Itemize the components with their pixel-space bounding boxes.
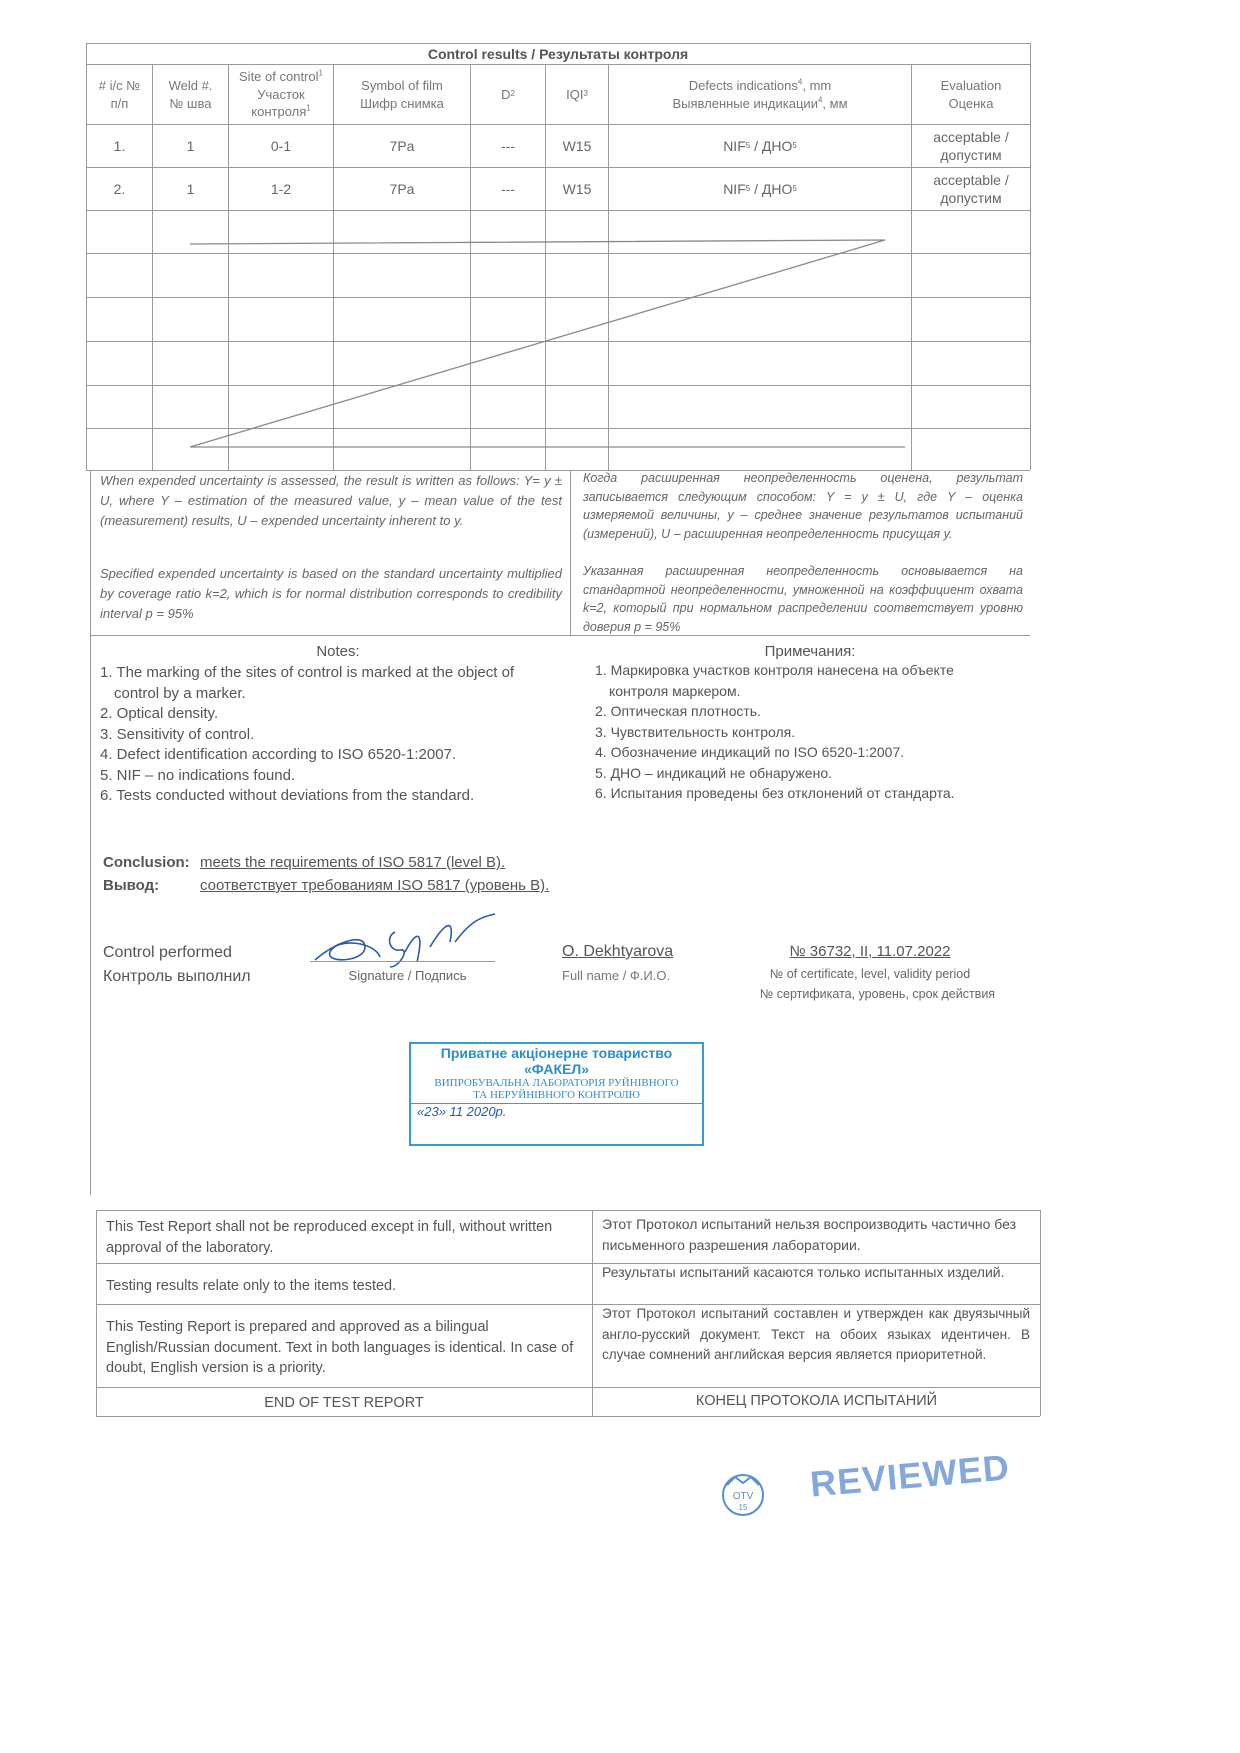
- note-item: 3. Чувствительность контроля.: [595, 722, 1015, 743]
- stamp-company-name: «ФАКЕЛ»: [411, 1061, 702, 1077]
- note-item: 5. ДНО – индикаций не обнаружено.: [595, 763, 1015, 784]
- note-item: 1. The marking of the sites of control i…: [100, 663, 540, 704]
- empty-rows-strike-mark: [0, 0, 1240, 480]
- note-item: 2. Оптическая плотность.: [595, 701, 1015, 722]
- conclusion-value-ru: соответствует требованиям ISO 5817 (уров…: [200, 877, 549, 894]
- conclusion-label: Conclusion:: [103, 854, 190, 871]
- conclusion-value: meets the requirements of ISO 5817 (leve…: [200, 854, 505, 871]
- stamp-date: «23» 11 2020р.: [411, 1104, 702, 1119]
- footer-en-3: This Testing Report is prepared and appr…: [106, 1317, 581, 1379]
- signature-caption: Signature / Подпись: [310, 968, 505, 983]
- footer-en-2: Testing results relate only to the items…: [106, 1275, 576, 1297]
- note-item: 5. NIF – no indications found.: [100, 766, 540, 787]
- inspector-name: O. Dekhtyarova: [562, 943, 673, 961]
- otv-logo-icon: OTV 15: [715, 1465, 775, 1525]
- end-of-report-en: END OF TEST REPORT: [96, 1392, 592, 1414]
- svg-text:OTV: OTV: [733, 1491, 754, 1502]
- certificate-caption-en: № of certificate, level, validity period: [740, 967, 1000, 981]
- laboratory-stamp: Приватне акціонерне товариство «ФАКЕЛ» В…: [409, 1042, 704, 1146]
- note-item: 4. Defect identification according to IS…: [100, 745, 540, 766]
- notes-title-en: Notes:: [100, 640, 576, 663]
- uncertainty-ru-1: Когда расширенная неопределенность оцене…: [583, 469, 1023, 543]
- stamp-lab-name: ВИПРОБУВАЛЬНА ЛАБОРАТОРІЯ РУЙНІВНОГО: [411, 1077, 702, 1089]
- stamp-company-type: Приватне акціонерне товариство: [411, 1045, 702, 1061]
- notes-list-ru: 1. Маркировка участков контроля нанесена…: [595, 660, 1015, 804]
- note-item: 4. Обозначение индикаций по ISO 6520-1:2…: [595, 742, 1015, 763]
- uncertainty-en-2: Specified expended uncertainty is based …: [100, 564, 562, 624]
- conclusion-label-ru: Вывод:: [103, 877, 159, 894]
- certificate-caption-ru: № сертификата, уровень, срок действия: [740, 987, 1015, 1001]
- certificate-number: № 36732, II, 11.07.2022: [740, 943, 1000, 960]
- uncertainty-en-1: When expended uncertainty is assessed, t…: [100, 471, 562, 531]
- name-caption: Full name / Ф.И.О.: [562, 968, 670, 983]
- footer-ru-3: Этот Протокол испытаний составлен и утве…: [602, 1304, 1030, 1366]
- svg-text:15: 15: [739, 1503, 748, 1512]
- control-label-en: Control performed: [103, 944, 232, 962]
- note-item: 6. Tests conducted without deviations fr…: [100, 786, 540, 807]
- reviewed-text: REVIEWED: [809, 1446, 1012, 1505]
- footer-ru-1: Этот Протокол испытаний нельзя воспроизв…: [602, 1214, 1030, 1256]
- notes-list-en: 1. The marking of the sites of control i…: [100, 663, 540, 807]
- note-item: 3. Sensitivity of control.: [100, 725, 540, 746]
- uncertainty-ru-2: Указанная расширенная неопределенность о…: [583, 562, 1023, 636]
- note-item: 6. Испытания проведены без отклонений от…: [595, 783, 1015, 804]
- signature-scribble: [305, 912, 505, 972]
- note-item: 2. Optical density.: [100, 704, 540, 725]
- footer-ru-2: Результаты испытаний касаются только исп…: [602, 1262, 1030, 1283]
- end-of-report-ru: КОНЕЦ ПРОТОКОЛА ИСПЫТАНИЙ: [593, 1390, 1040, 1412]
- note-item: 1. Маркировка участков контроля нанесена…: [595, 660, 1015, 701]
- stamp-lab-name-2: ТА НЕРУЙНІВНОГО КОНТРОЛЮ: [411, 1089, 702, 1104]
- control-label-ru: Контроль выполнил: [103, 968, 251, 986]
- footer-en-1: This Test Report shall not be reproduced…: [106, 1217, 576, 1259]
